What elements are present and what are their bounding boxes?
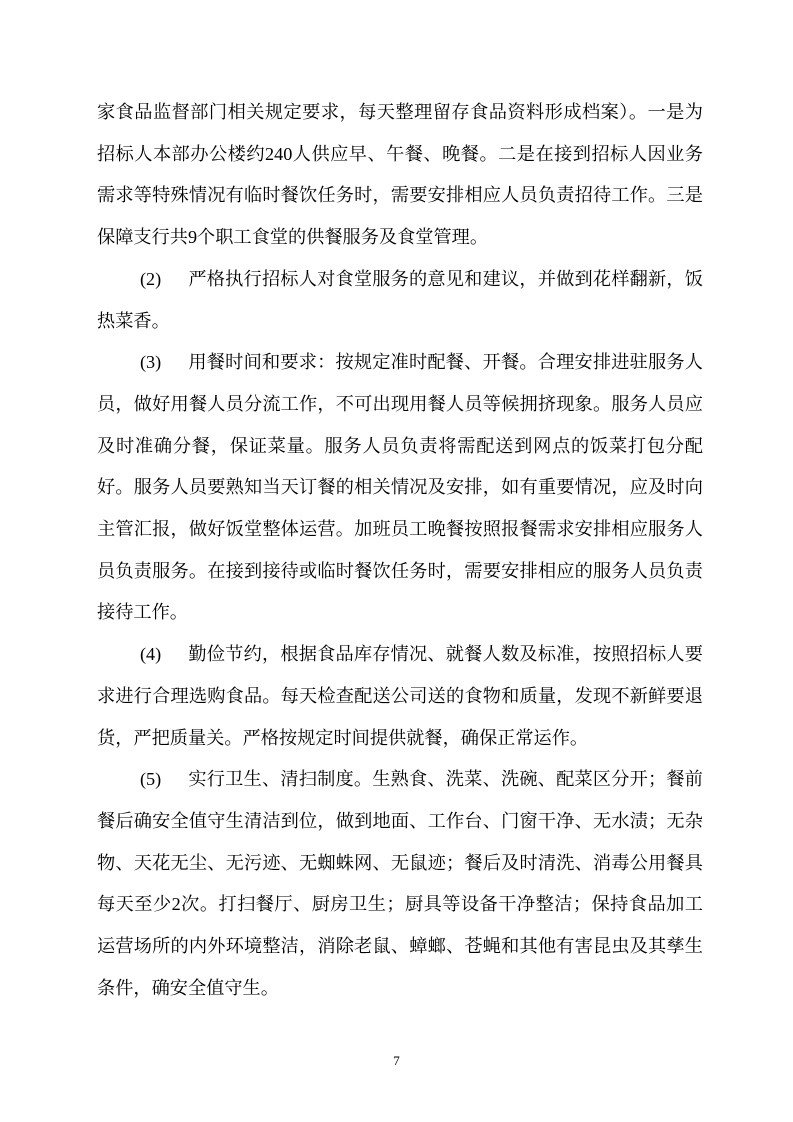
paragraph-item-4: (4)勤俭节约，根据食品库存情况、就餐人数及标准，按照招标人要求进行合理选购食品… (97, 634, 703, 759)
paragraph-continuation: 家食品监督部门相关规定要求，每天整理留存食品资料形成档案）。一是为招标人本部办公… (97, 92, 703, 259)
paragraph-text: 实行卫生、清扫制度。生熟食、洗菜、洗碗、配菜区分开；餐前餐后确安全值守生清洁到位… (97, 769, 703, 998)
paragraph-text: 勤俭节约，根据食品库存情况、就餐人数及标准，按照招标人要求进行合理选购食品。每天… (97, 644, 703, 747)
paragraph-text: 家食品监督部门相关规定要求，每天整理留存食品资料形成档案）。一是为招标人本部办公… (97, 102, 703, 247)
page-number: 7 (0, 1052, 793, 1070)
paragraph-item-3: (3)用餐时间和要求：按规定准时配餐、开餐。合理安排进驻服务人员，做好用餐人员分… (97, 342, 703, 634)
paragraph-item-5: (5)实行卫生、清扫制度。生熟食、洗菜、洗碗、配菜区分开；餐前餐后确安全值守生清… (97, 759, 703, 1009)
paragraph-number: (4) (140, 644, 161, 664)
page-body-text: 家食品监督部门相关规定要求，每天整理留存食品资料形成档案）。一是为招标人本部办公… (97, 92, 703, 1009)
paragraph-item-2: (2)严格执行招标人对食堂服务的意见和建议，并做到花样翻新，饭热菜香。 (97, 259, 703, 342)
paragraph-number: (3) (140, 352, 161, 372)
paragraph-number: (5) (140, 769, 161, 789)
document-page: 家食品监督部门相关规定要求，每天整理留存食品资料形成档案）。一是为招标人本部办公… (0, 0, 793, 1122)
paragraph-number: (2) (140, 269, 161, 289)
paragraph-text: 用餐时间和要求：按规定准时配餐、开餐。合理安排进驻服务人员，做好用餐人员分流工作… (97, 352, 703, 622)
paragraph-text: 严格执行招标人对食堂服务的意见和建议，并做到花样翻新，饭热菜香。 (97, 269, 703, 331)
